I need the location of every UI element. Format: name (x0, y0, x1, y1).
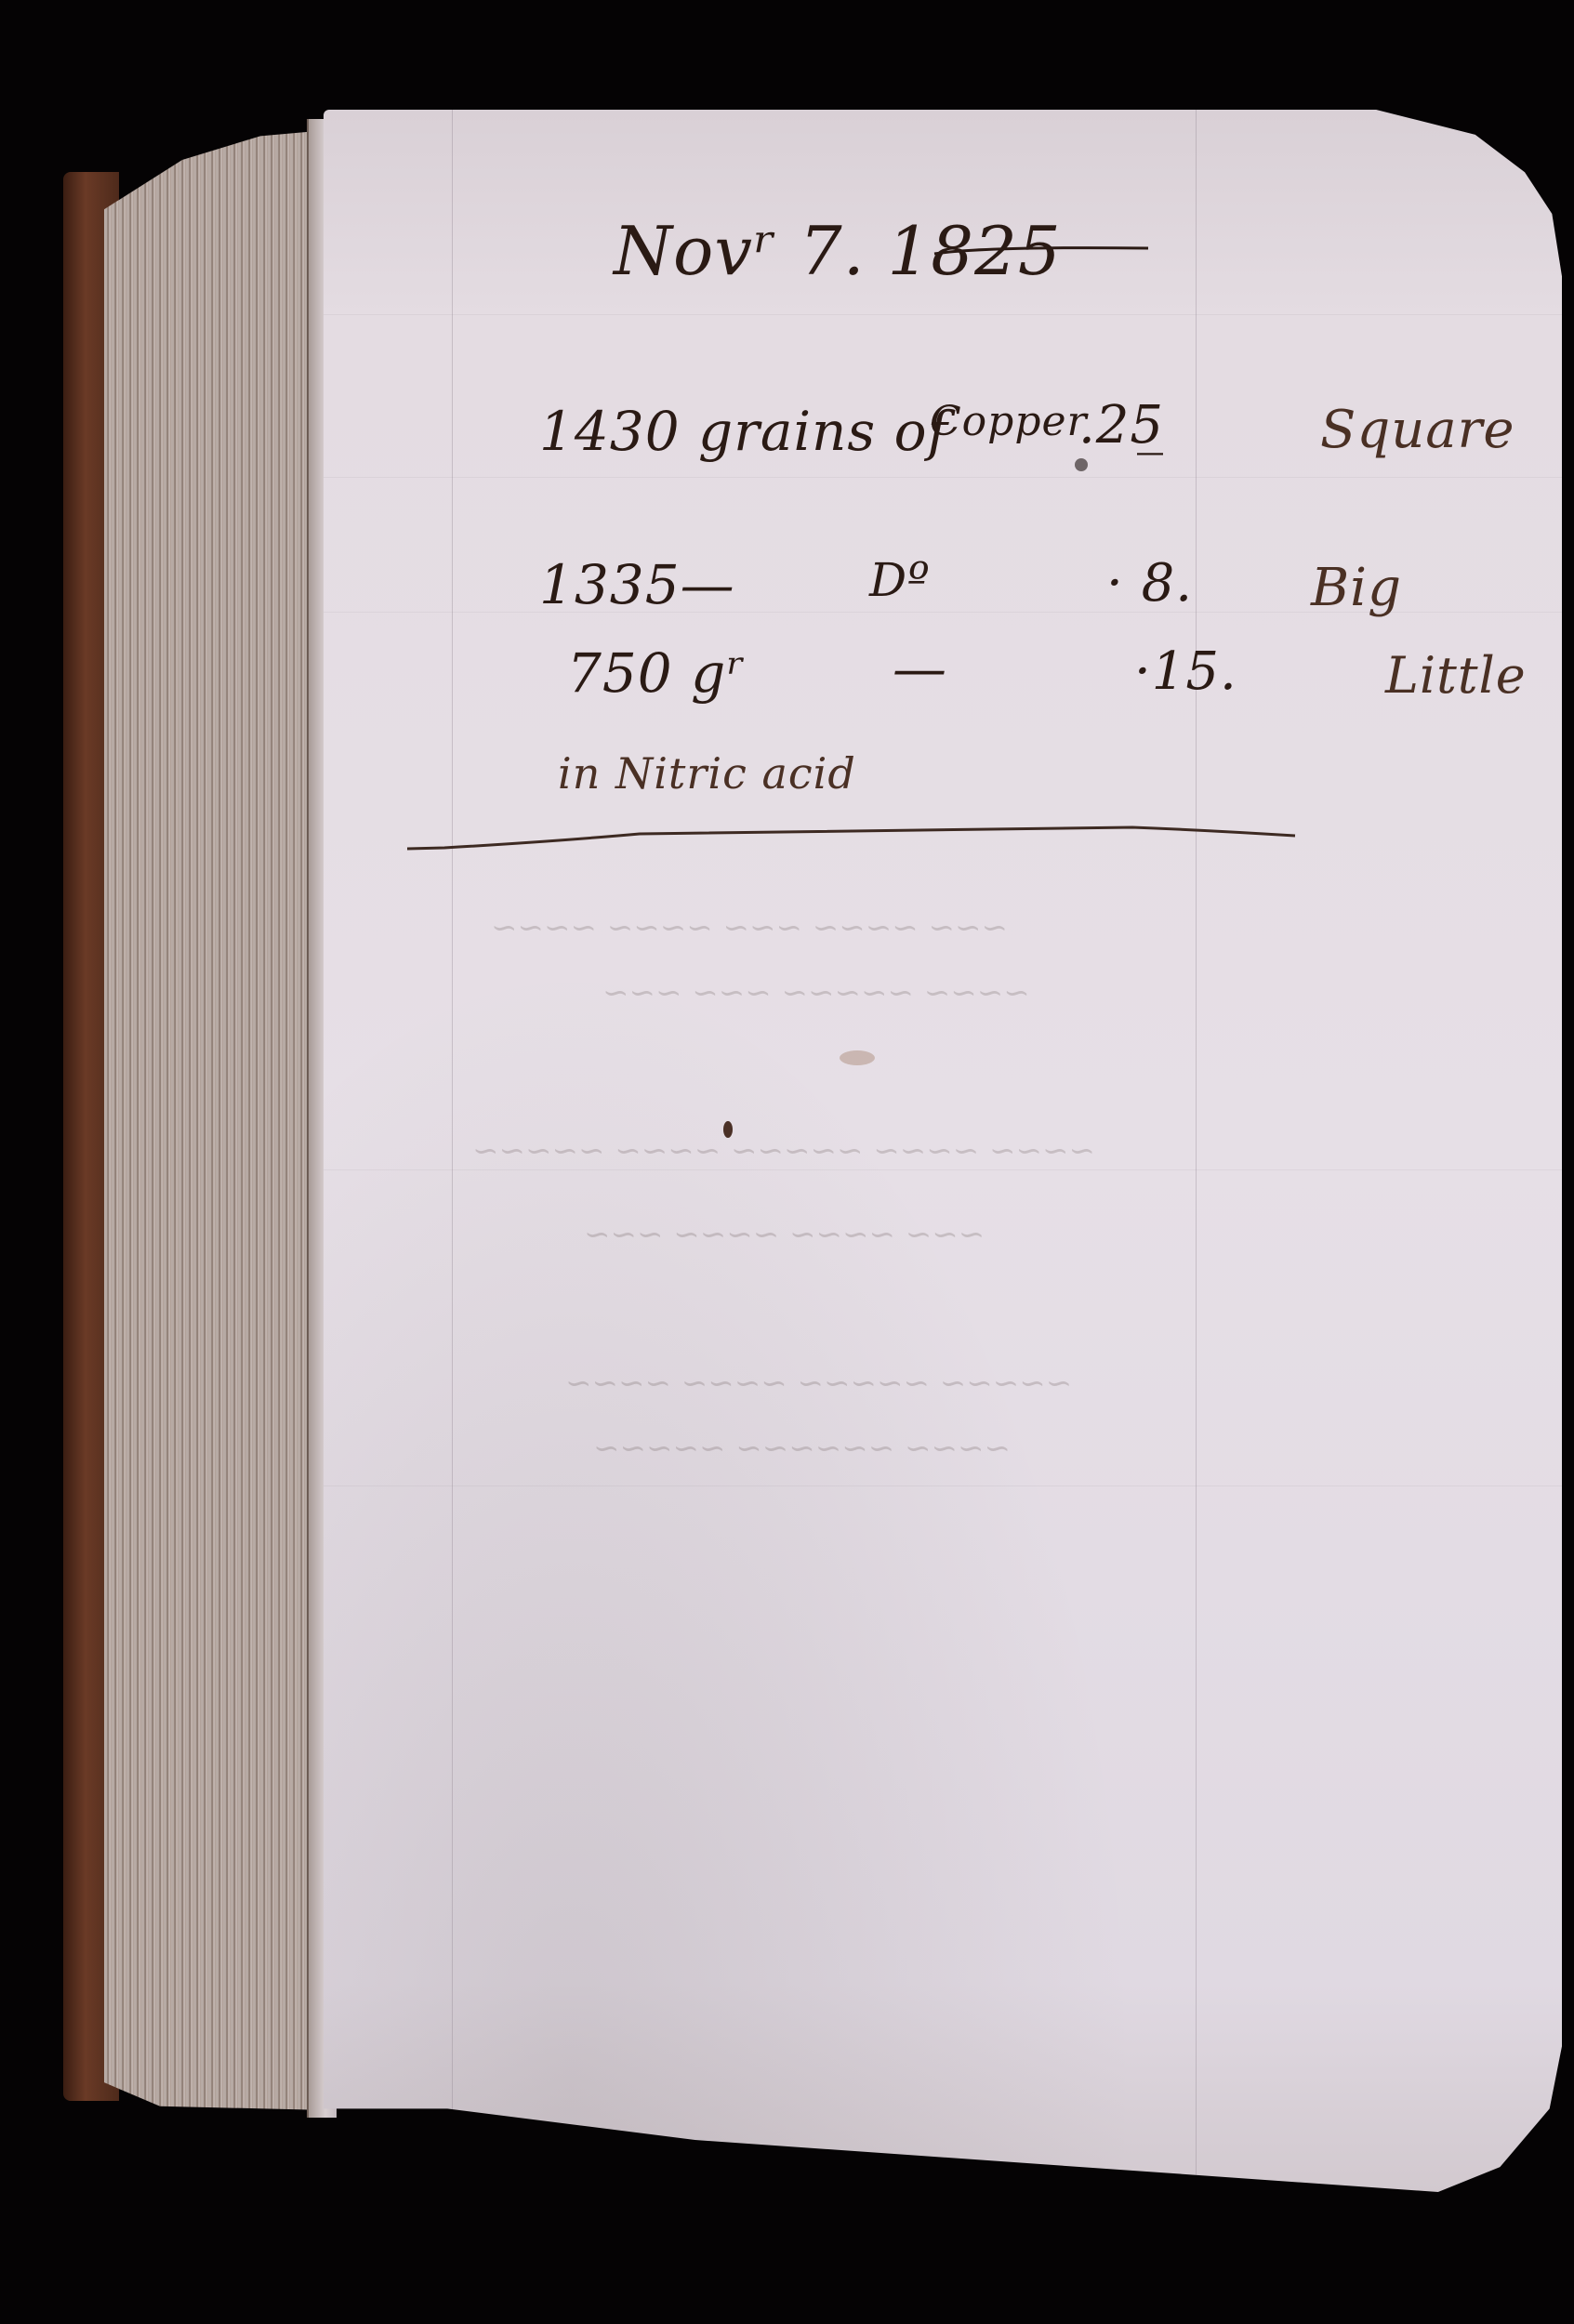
bleed-through-text: ~~~~ ~~~~ ~~~~~ ~~~~ ~~~~~ (472, 1132, 1095, 1169)
bleed-through-text: ~~~~~ ~~~~~ ~~~~ ~~~~ (565, 1365, 1072, 1402)
margin-rule-left (452, 110, 453, 2192)
line-1-value: .25̲ (1078, 395, 1164, 456)
line-1-weight: 1430 grains of (539, 400, 948, 463)
bleed-through-text: ~~~ ~~~~ ~~~~ ~~~ (584, 1216, 985, 1253)
date-flourish (930, 237, 1153, 265)
ink-blot (1075, 458, 1088, 471)
line-3-description: Little (1385, 646, 1527, 705)
line-1-material: Copper (930, 398, 1088, 445)
bleed-through-text: ~~~~ ~~~~~~ ~~~~~ (593, 1430, 1011, 1467)
section-divider-line (407, 823, 1300, 851)
line-2-description: Big (1311, 558, 1402, 618)
column-rule (1196, 110, 1197, 2192)
stain (840, 1050, 875, 1065)
line-3-material: — (893, 637, 947, 700)
entry-note: in Nitric acid (558, 748, 856, 799)
line-3-value: ·15. (1134, 641, 1237, 702)
ruled-line (324, 1486, 1562, 1486)
line-1-description: Square (1320, 400, 1515, 460)
line-3-weight: 750 gʳ (567, 641, 746, 705)
page-stack-edges (104, 130, 327, 2110)
ruled-line (324, 1169, 1562, 1170)
bleed-through-text: ~~~ ~~~~ ~~~ ~~~~ ~~~~ (491, 909, 1008, 946)
ruled-line (324, 477, 1562, 478)
ink-blot (723, 1121, 733, 1138)
bleed-through-text: ~~~~ ~~~~~ ~~~ ~~~ (602, 974, 1030, 1011)
line-2-material: Dº (869, 553, 931, 607)
line-2-weight: 1335— (539, 553, 735, 616)
line-2-value: · 8. (1106, 553, 1193, 614)
ruled-line (324, 314, 1562, 315)
